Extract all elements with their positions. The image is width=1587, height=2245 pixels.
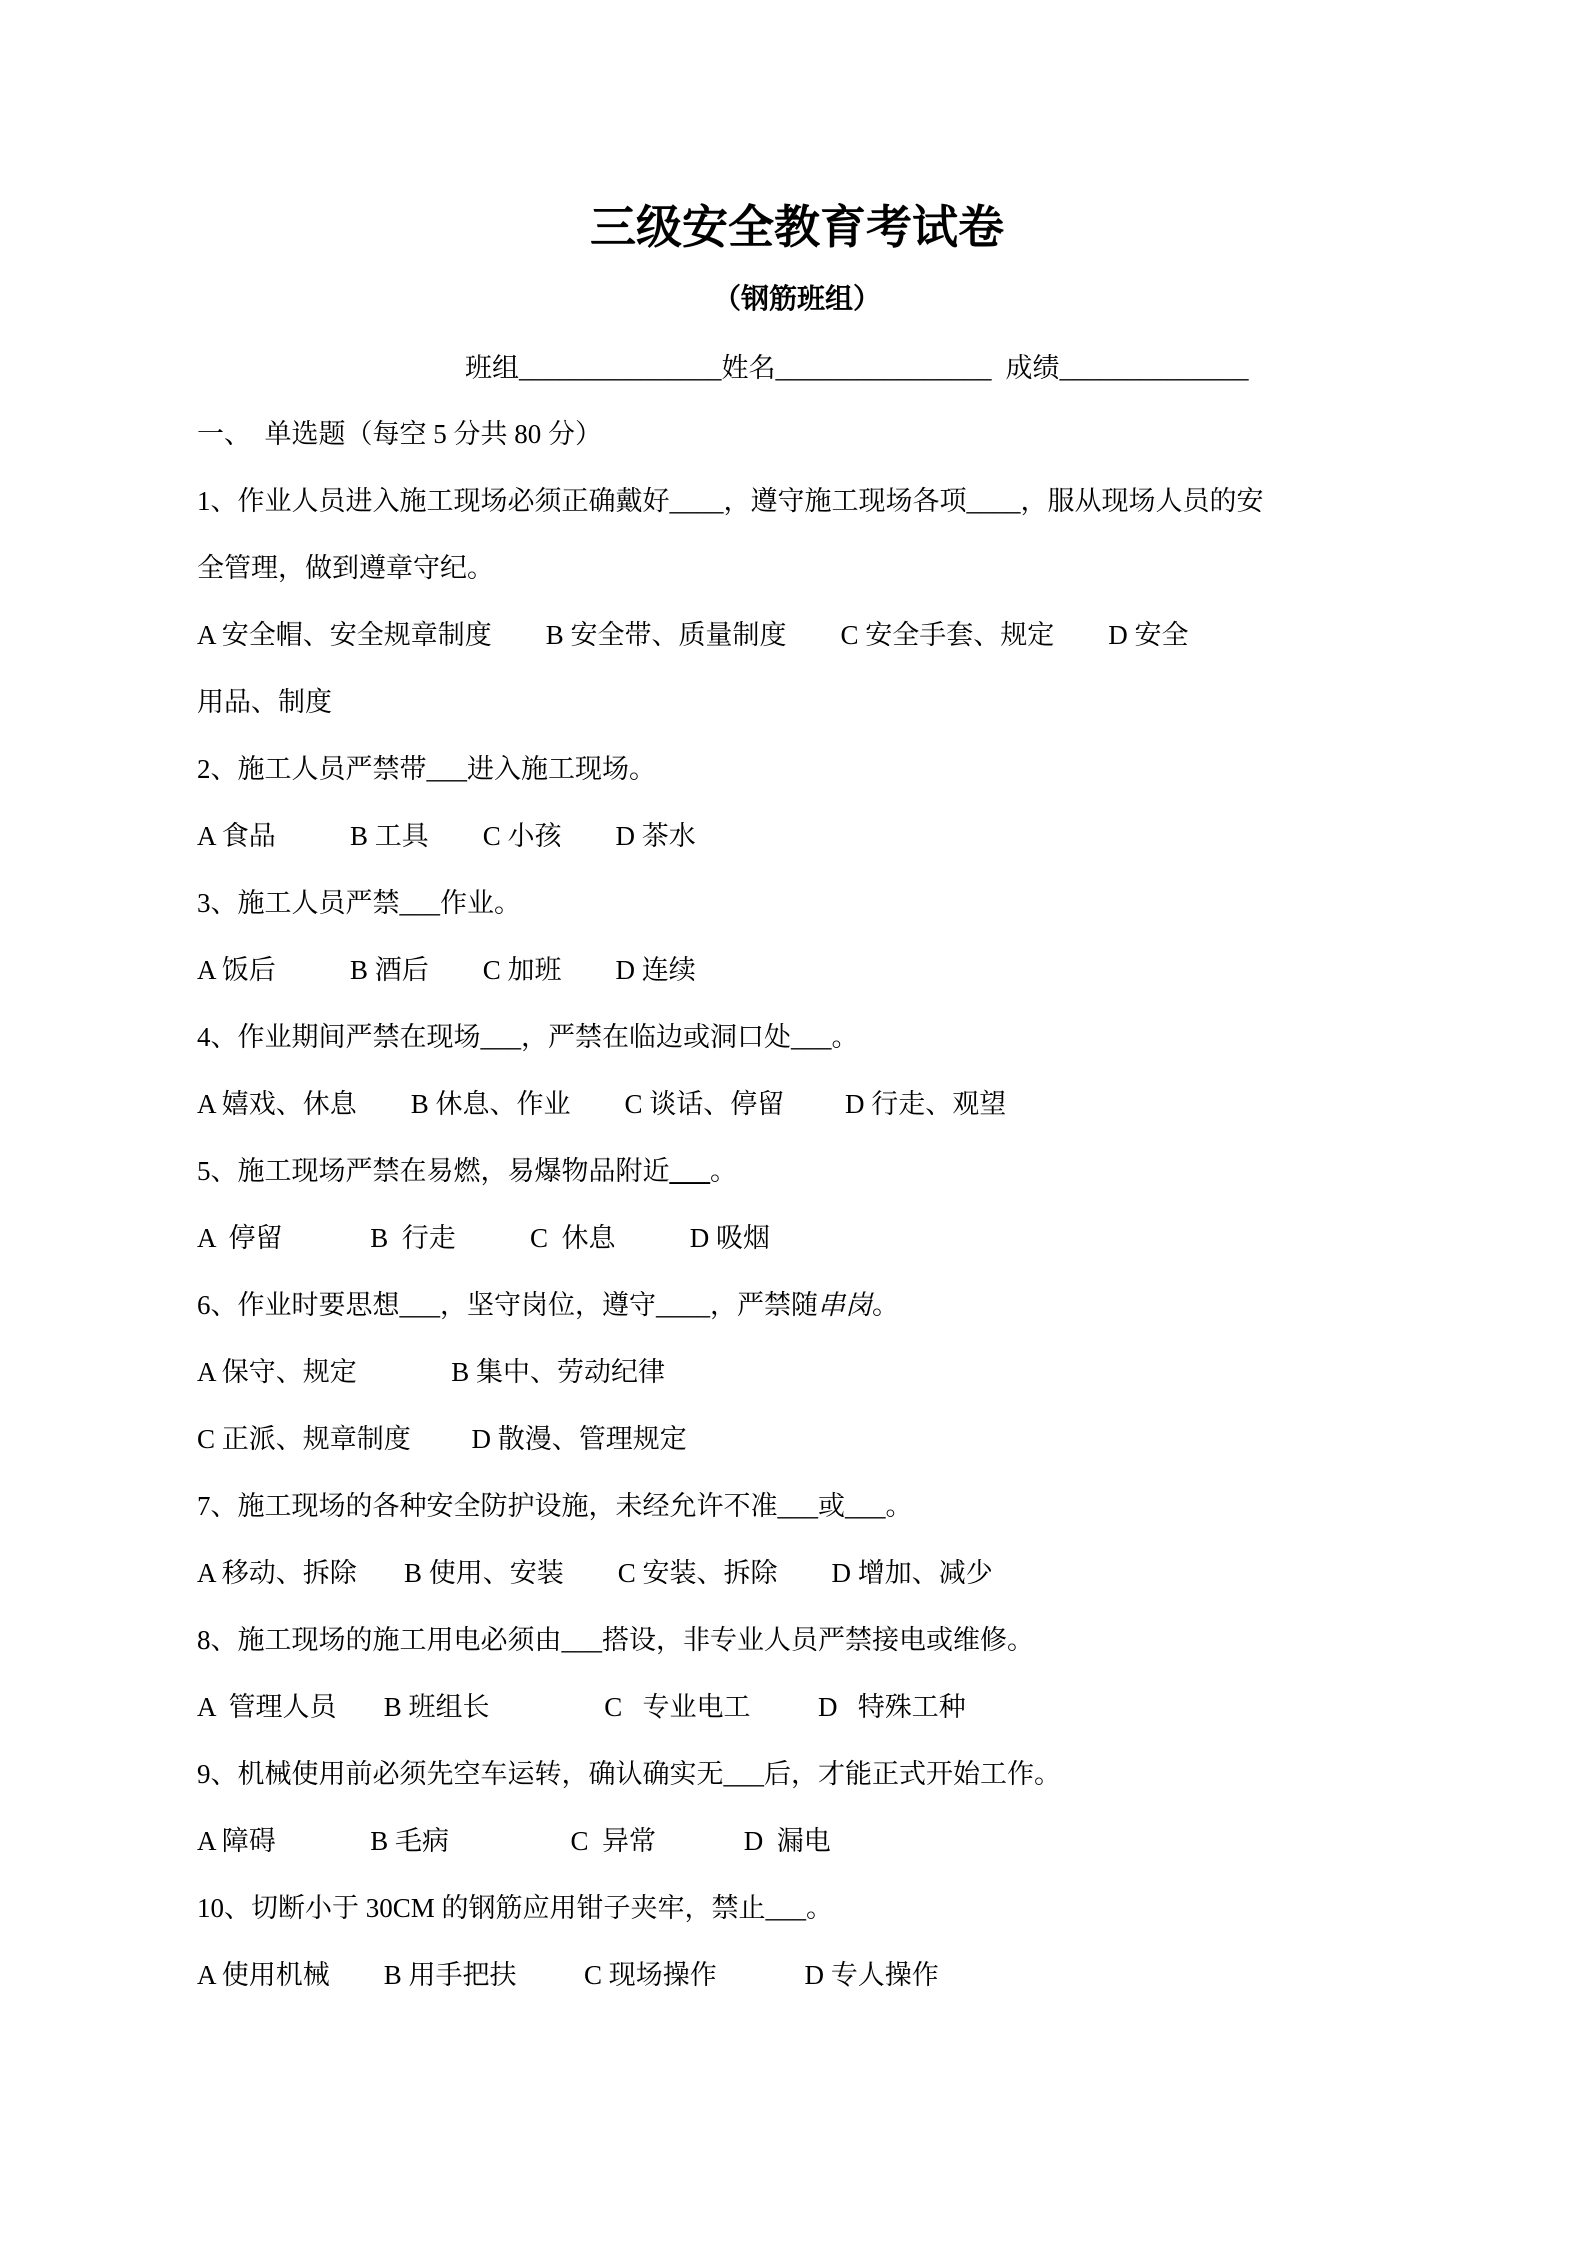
field-blank-chengji: ______________ xyxy=(1060,353,1249,383)
q1-text-2: 全管理，做到遵章守纪。 xyxy=(197,535,1397,602)
q6-options-2: C 正派、规章制度 D 散漫、管理规定 xyxy=(197,1406,1397,1473)
q10-options: A 使用机械 B 用手把扶 C 现场操作 D 专人操作 xyxy=(197,1942,1397,2009)
q8-options: A 管理人员 B 班组长 C 专业电工 D 特殊工种 xyxy=(197,1674,1397,1741)
q5-options: A 停留 B 行走 C 休息 D 吸烟 xyxy=(197,1205,1397,1272)
field-label-xingming: 姓名 xyxy=(722,353,776,383)
q1-options-2: 用品、制度 xyxy=(197,669,1397,736)
exam-title: 三级安全教育考试卷 xyxy=(197,203,1397,253)
field-label-banzu: 班组 xyxy=(465,353,519,383)
q10-text: 10、切断小于 30CM 的钢筋应用钳子夹牢，禁止___。 xyxy=(197,1875,1397,1942)
q2-text: 2、施工人员严禁带___进入施工现场。 xyxy=(197,736,1397,803)
exam-content: 三级安全教育考试卷 （钢筋班组） 班组_______________姓名____… xyxy=(197,0,1397,2009)
q6-text: 6、作业时要思想___，坚守岗位，遵守____，严禁随串岗。 xyxy=(197,1272,1397,1339)
q6-options-1: A 保守、规定 B 集中、劳动纪律 xyxy=(197,1339,1397,1406)
q5-text: 5、施工现场严禁在易燃，易爆物品附近___。 xyxy=(197,1138,1397,1205)
q9-options: A 障碍 B 毛病 C 异常 D 漏电 xyxy=(197,1808,1397,1875)
exam-subtitle: （钢筋班组） xyxy=(197,280,1397,320)
q2-options: A 食品 B 工具 C 小孩 D 茶水 xyxy=(197,803,1397,870)
section-heading: 一、 单选题（每空 5 分共 80 分） xyxy=(197,401,1397,468)
q7-options: A 移动、拆除 B 使用、安装 C 安装、拆除 D 增加、减少 xyxy=(197,1540,1397,1607)
field-blank-banzu: _______________ xyxy=(519,353,722,383)
q8-text: 8、施工现场的施工用电必须由___搭设，非专业人员严禁接电或维修。 xyxy=(197,1607,1397,1674)
q9-text: 9、机械使用前必须先空车运转，确认确实无___后，才能正式开始工作。 xyxy=(197,1741,1397,1808)
q1-text-1: 1、作业人员进入施工现场必须正确戴好____，遵守施工现场各项____，服从现场… xyxy=(197,468,1397,535)
exam-header-fields: 班组_______________姓名________________成绩___… xyxy=(197,348,1397,388)
field-label-chengji: 成绩 xyxy=(1006,353,1060,383)
exam-page: 三级安全教育考试卷 （钢筋班组） 班组_______________姓名____… xyxy=(0,0,1587,2245)
q3-text: 3、施工人员严禁___作业。 xyxy=(197,870,1397,937)
q7-text: 7、施工现场的各种安全防护设施，未经允许不准___或___。 xyxy=(197,1473,1397,1540)
q4-options: A 嬉戏、休息 B 休息、作业 C 谈话、停留 D 行走、观望 xyxy=(197,1071,1397,1138)
q3-options: A 饭后 B 酒后 C 加班 D 连续 xyxy=(197,937,1397,1004)
q4-text: 4、作业期间严禁在现场___，严禁在临边或洞口处___。 xyxy=(197,1004,1397,1071)
field-blank-xingming: ________________ xyxy=(776,353,992,383)
q1-options-1: A 安全帽、安全规章制度 B 安全带、质量制度 C 安全手套、规定 D 安全 xyxy=(197,602,1397,669)
doc-lines: 1、作业人员进入施工现场必须正确戴好____，遵守施工现场各项____，服从现场… xyxy=(197,468,1397,2009)
